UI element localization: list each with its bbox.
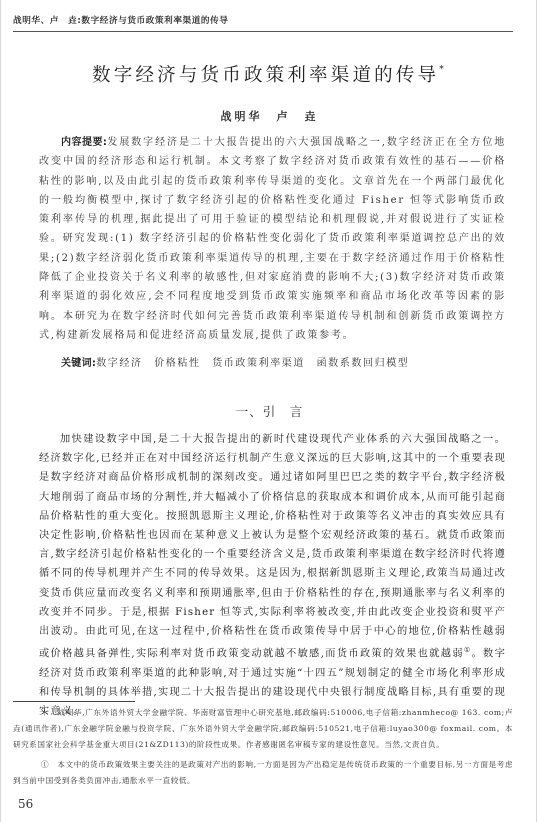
article-title: 数字经济与货币政策利率渠道的传导*: [1, 61, 537, 87]
footnote-reference[interactable]: ①: [464, 646, 472, 654]
running-head: 战明华、卢 垚:数字经济与货币政策利率渠道的传导: [13, 14, 513, 26]
abstract-label: 内容提要:: [61, 137, 107, 148]
body-text: 加快建设数字中国,是二十大报告提出的新时代建设现代产业体系的六大强国战略之一。经…: [39, 430, 506, 721]
body-paragraph: 加快建设数字中国,是二十大报告提出的新时代建设现代产业体系的六大强国战略之一。经…: [39, 430, 506, 721]
footnote-rule: [13, 701, 135, 702]
keywords-label: 关键词:: [61, 358, 96, 369]
abstract-paragraph: 内容提要:发展数字经济是二十大报告提出的六大强国战略之一,数字经济正在全方位地改…: [39, 133, 506, 345]
body-paragraph-part-a: 加快建设数字中国,是二十大报告提出的新时代建设现代产业体系的六大强国战略之一。经…: [39, 434, 506, 660]
author-footnote: ＊ 战明华,广东外语外贸大学金融学院、华南财富管理中心研究基地,邮政编码:510…: [13, 705, 513, 752]
abstract: 内容提要:发展数字经济是二十大报告提出的六大强国战略之一,数字经济正在全方位地改…: [39, 133, 506, 345]
page-number: 56: [18, 797, 33, 811]
keywords: 关键词:数字经济 价格粘性 货币政策利率渠道 函数系数回归模型: [61, 354, 511, 369]
title-footnote-marker: *: [439, 65, 447, 75]
authors: 战明华 卢 垚: [1, 108, 537, 124]
section-heading: 一、引 言: [1, 402, 537, 420]
footnote-1: ① 本文中的货币政策效果主要关注的是政策对产出的影响,一方面是因为产出稳定是传统…: [13, 757, 513, 789]
article-title-text: 数字经济与货币政策利率渠道的传导: [92, 65, 439, 86]
keywords-list: 数字经济 价格粘性 货币政策利率渠道 函数系数回归模型: [96, 358, 409, 369]
header-rule: [13, 31, 513, 32]
abstract-text: 发展数字经济是二十大报告提出的六大强国战略之一,数字经济正在全方位地改变中国的经…: [39, 137, 506, 341]
journal-page: 战明华、卢 垚:数字经济与货币政策利率渠道的传导 数字经济与货币政策利率渠道的传…: [0, 0, 537, 822]
footnotes: ＊ 战明华,广东外语外贸大学金融学院、华南财富管理中心研究基地,邮政编码:510…: [13, 705, 513, 789]
